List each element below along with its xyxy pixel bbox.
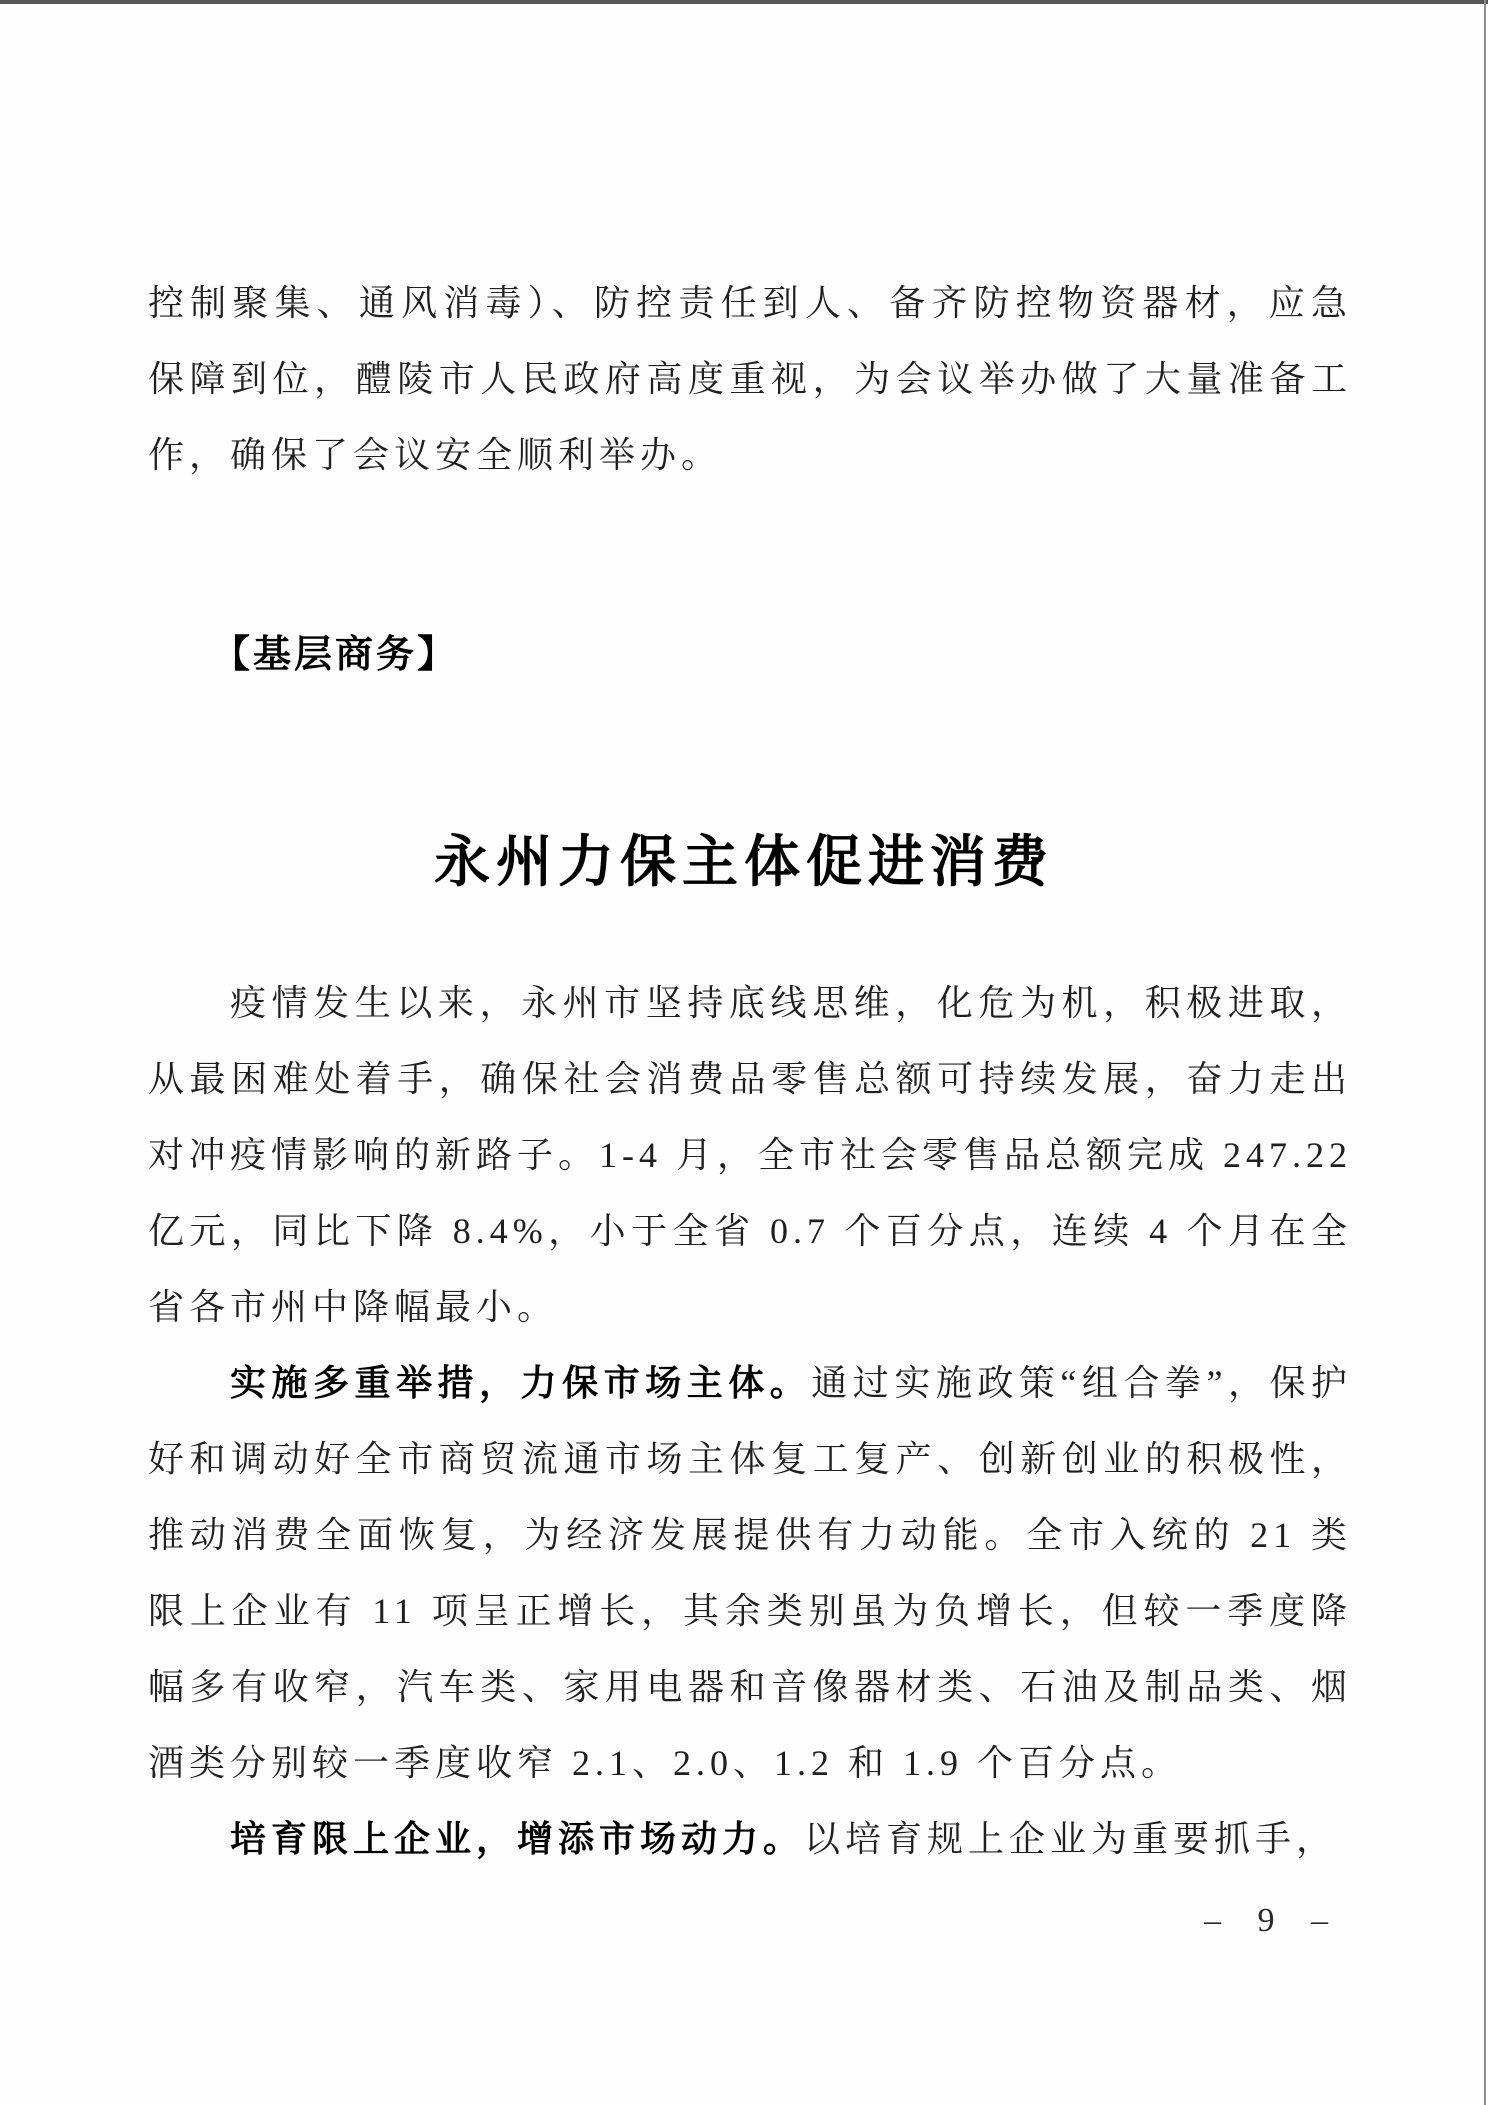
article-paragraph: 培育限上企业，增添市场动力。以培育规上企业为重要抓手，	[148, 1801, 1352, 1877]
paragraph-lead: 培育限上企业，增添市场动力。	[230, 1818, 804, 1859]
paragraph-lead: 实施多重举措，力保市场主体。	[230, 1362, 811, 1403]
article-body: 疫情发生以来，永州市坚持底线思维，化危为机，积极进取，从最困难处着手，确保社会消…	[148, 965, 1352, 1877]
continuation-paragraph: 控制聚集、通风消毒）、防控责任到人、备齐防控物资器材，应急保障到位，醴陵市人民政…	[148, 265, 1352, 493]
section-header: 【基层商务】	[212, 617, 458, 693]
article-paragraph: 实施多重举措，力保市场主体。通过实施政策“组合拳”，保护好和调动好全市商贸流通市…	[148, 1345, 1352, 1801]
paragraph-text: 通过实施政策“组合拳”，保护好和调动好全市商贸流通市场主体复工复产、创新创业的积…	[148, 1363, 1352, 1783]
article-title: 永州力保主体促进消费	[0, 825, 1488, 901]
paragraph-text: 以培育规上企业为重要抓手，	[804, 1819, 1337, 1859]
scan-edge-right	[1484, 0, 1486, 2105]
scan-edge-top	[0, 0, 1488, 4]
document-page: 控制聚集、通风消毒）、防控责任到人、备齐防控物资器材，应急保障到位，醴陵市人民政…	[0, 0, 1488, 2105]
article-paragraph: 疫情发生以来，永州市坚持底线思维，化危为机，积极进取，从最困难处着手，确保社会消…	[148, 965, 1352, 1345]
page-number: – 9 –	[1204, 1891, 1336, 1951]
paragraph-text: 疫情发生以来，永州市坚持底线思维，化危为机，积极进取，从最困难处着手，确保社会消…	[148, 983, 1352, 1327]
